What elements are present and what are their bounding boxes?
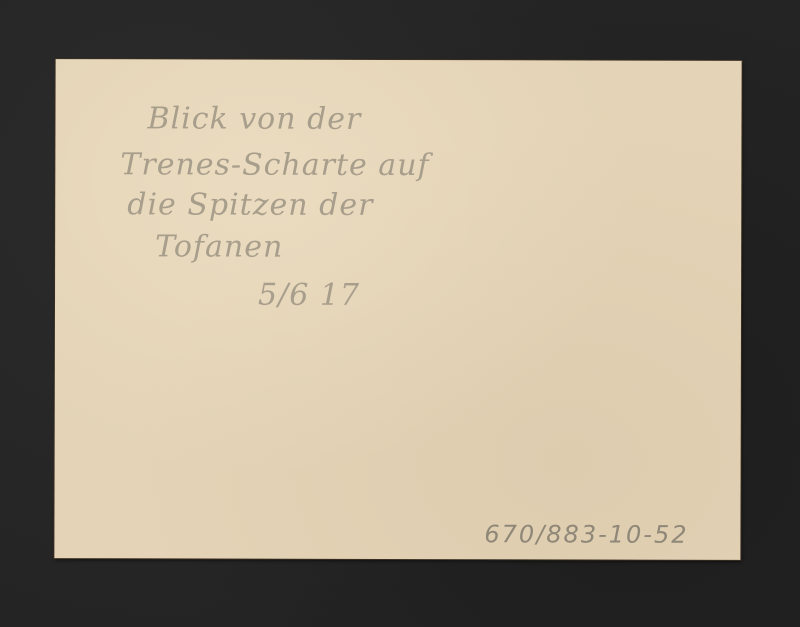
handwritten-note-line-2: Trenes-Scharte auf [120, 147, 429, 183]
handwritten-note-line-4: Tofanen [155, 229, 283, 264]
handwritten-date: 5/6 17 [258, 278, 360, 313]
handwritten-note-line-3: die Spitzen der [127, 187, 373, 223]
archive-number: 670/883-10-52 [484, 520, 688, 549]
handwritten-note-line-1: Blick von der [147, 101, 361, 137]
photo-card-back: Blick von der Trenes-Scharte auf die Spi… [54, 59, 741, 560]
